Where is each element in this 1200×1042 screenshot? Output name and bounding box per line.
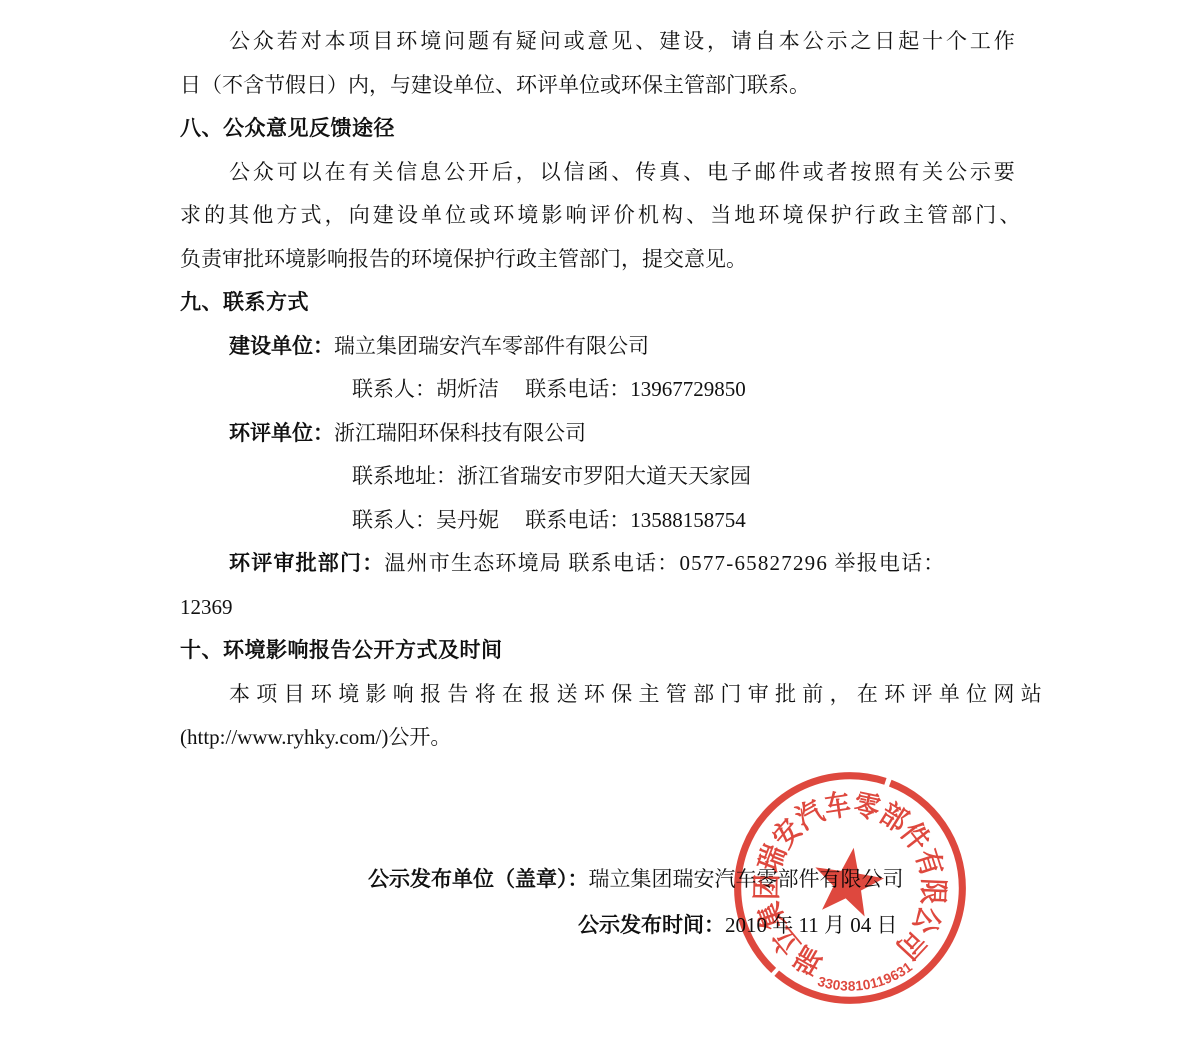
approval-hotline-line: 12369 (180, 586, 1200, 630)
intro-paragraph-line-1: 公众若对本项目环境问题有疑问或意见、建设，请自本公示之日起十个工作 (180, 20, 1200, 64)
section-8-line-3: 负责审批环境影响报告的环境保护行政主管部门，提交意见。 (180, 238, 1200, 282)
section-10-heading: 十、环境影响报告公开方式及时间 (180, 629, 1200, 673)
construction-contact-line: 联系人：胡炘洁 联系电话：13967729850 (180, 368, 1200, 412)
construction-unit-value: 瑞立集团瑞安汽车零部件有限公司 (334, 334, 649, 358)
section-8-heading: 八、公众意见反馈途径 (180, 107, 1200, 151)
document-body: 公众若对本项目环境问题有疑问或意见、建设，请自本公示之日起十个工作 日（不含节假… (0, 0, 1200, 949)
document-page: 公众若对本项目环境问题有疑问或意见、建设，请自本公示之日起十个工作 日（不含节假… (0, 0, 1200, 1042)
signature-block: 公示发布单位（盖章）：瑞立集团瑞安汽车零部件有限公司 公示发布时间：2010 年… (180, 856, 1200, 949)
publish-date-label: 公示发布时间： (578, 913, 725, 937)
publisher-value: 瑞立集团瑞安汽车零部件有限公司 (589, 867, 904, 891)
publish-date-line: 公示发布时间：2010 年 11 月 04 日 (180, 902, 1200, 949)
section-8-line-2: 求的其他方式，向建设单位或环境影响评价机构、当地环境保护行政主管部门、 (180, 194, 1200, 238)
approval-dept-line: 环评审批部门：温州市生态环境局 联系电话：0577-65827296 举报电话： (180, 542, 1200, 586)
approval-dept-label: 环评审批部门： (229, 551, 384, 575)
seal-registration-number: 3303810119631 (816, 959, 915, 994)
publisher-line: 公示发布单位（盖章）：瑞立集团瑞安汽车零部件有限公司 (180, 856, 1200, 903)
svg-text:3303810119631: 3303810119631 (816, 959, 915, 994)
intro-paragraph-line-2: 日（不含节假日）内，与建设单位、环评单位或环保主管部门联系。 (180, 64, 1200, 108)
section-10-line-2: (http://www.ryhky.com/)公开。 (180, 716, 1200, 760)
eia-unit-label: 环评单位： (229, 421, 334, 445)
section-10-line-1: 本项目环境影响报告将在报送环保主管部门审批前，在环评单位网站 (180, 673, 1200, 717)
publish-date-value: 2010 年 11 月 04 日 (725, 913, 897, 937)
construction-unit-line: 建设单位：瑞立集团瑞安汽车零部件有限公司 (180, 325, 1200, 369)
eia-unit-value: 浙江瑞阳环保科技有限公司 (334, 421, 586, 445)
section-8-line-1: 公众可以在有关信息公开后，以信函、传真、电子邮件或者按照有关公示要 (180, 151, 1200, 195)
approval-dept-value: 温州市生态环境局 联系电话：0577-65827296 举报电话： (384, 551, 945, 575)
construction-unit-label: 建设单位： (229, 334, 334, 358)
publisher-label: 公示发布单位（盖章）： (368, 867, 589, 891)
section-9-heading: 九、联系方式 (180, 281, 1200, 325)
eia-address-line: 联系地址：浙江省瑞安市罗阳大道天天家园 (180, 455, 1200, 499)
eia-contact-line: 联系人：吴丹妮 联系电话：13588158754 (180, 499, 1200, 543)
eia-unit-line: 环评单位：浙江瑞阳环保科技有限公司 (180, 412, 1200, 456)
